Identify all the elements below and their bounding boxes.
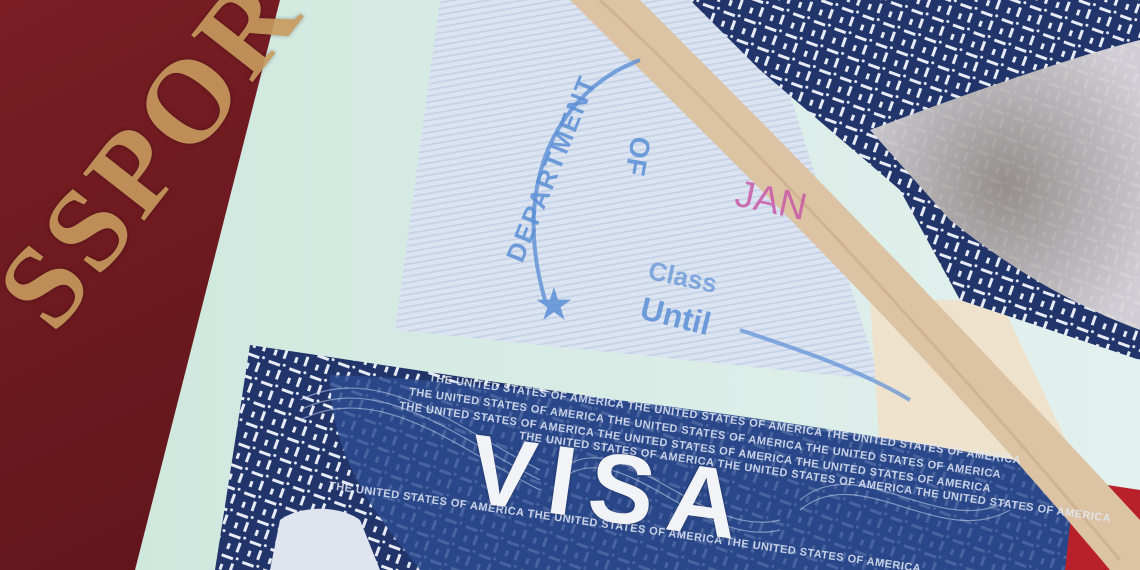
passport-visa-photo: SSPOR DEPARTMENT OF Class Until JAN ★ TH… <box>0 0 1140 570</box>
stamp-star-icon: ★ <box>536 282 572 328</box>
stamp-of-text: OF <box>618 134 656 178</box>
